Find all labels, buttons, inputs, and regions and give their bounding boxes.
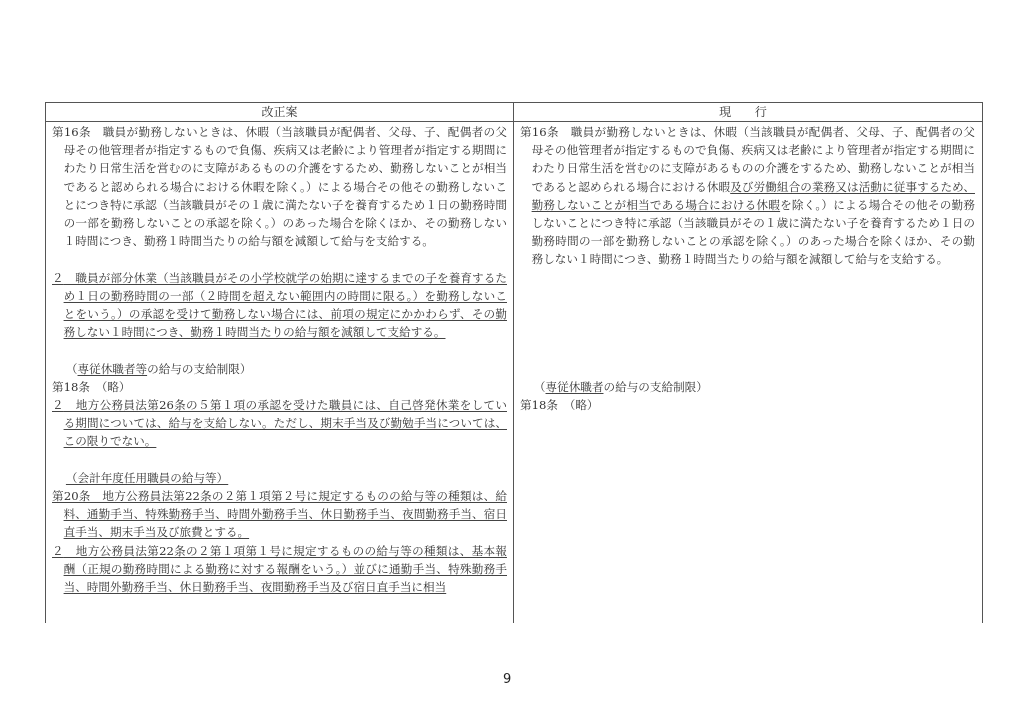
comparison-table: 改正案 現 行 第16条 職員が勤務しないときは、休暇（当該職員が配偶者、父母、… — [45, 102, 983, 623]
paragraph-number: ２ — [52, 544, 64, 558]
article-20-heading: （会計年度任用職員の給与等） — [52, 469, 507, 487]
paragraph-text: 職員が部分休業（当該職員がその小学校就学の始期に達するまでの子を養育するため１日… — [64, 271, 507, 340]
heading-open: （ — [66, 362, 78, 376]
page-number: 9 — [503, 672, 511, 687]
paragraph-number: ２ — [52, 398, 64, 412]
heading-rest: の給与の支給制限） — [147, 362, 251, 376]
article-16-paragraph-1: 第16条 職員が勤務しないときは、休暇（当該職員が配偶者、父母、子、配偶者の父母… — [52, 123, 507, 250]
paragraph-text: 地方公務員法第26条の５第１項の承認を受けた職員には、自己啓発休業をしている期間… — [64, 398, 507, 448]
heading-changed-text: 専従休職者等 — [78, 362, 148, 376]
article-20-paragraph-1: 第20条 地方公務員法第22条の２第１項第２号に規定するものの給与等の種類は、給… — [52, 487, 507, 542]
header-proposed: 改正案 — [46, 103, 513, 121]
proposed-column: 第16条 職員が勤務しないときは、休暇（当該職員が配偶者、父母、子、配偶者の父母… — [52, 123, 507, 596]
paragraph-text: 地方公務員法第22条の２第１項第１号に規定するものの給与等の種類は、基本報酬（正… — [64, 544, 507, 594]
paragraph-number: ２ — [52, 271, 64, 285]
article-18-paragraph-2: ２ 地方公務員法第26条の５第１項の承認を受けた職員には、自己啓発休業をしている… — [52, 396, 507, 451]
heading-changed-text: 専従休職者 — [546, 380, 604, 394]
column-divider — [513, 103, 514, 623]
header-current: 現 行 — [514, 103, 982, 121]
article-18-heading-current: （専従休職者の給与の支給制限） — [520, 378, 975, 396]
article-16-paragraph-2: ２ 職員が部分休業（当該職員がその小学校就学の始期に達するまでの子を養育するため… — [52, 269, 507, 342]
article-18-paragraph-1-current: 第18条 （略） — [520, 396, 975, 414]
article-18-paragraph-1: 第18条 （略） — [52, 378, 507, 396]
article-20-paragraph-2: ２ 地方公務員法第22条の２第１項第１号に規定するものの給与等の種類は、基本報酬… — [52, 542, 507, 597]
heading-rest: の給与の支給制限） — [604, 380, 708, 394]
heading-open: （ — [534, 380, 546, 394]
header-divider — [46, 121, 982, 122]
current-column: 第16条 職員が勤務しないときは、休暇（当該職員が配偶者、父母、子、配偶者の父母… — [520, 123, 975, 414]
article-18-heading: （専従休職者等の給与の支給制限） — [52, 360, 507, 378]
article-16-current: 第16条 職員が勤務しないときは、休暇（当該職員が配偶者、父母、子、配偶者の父母… — [520, 123, 975, 269]
